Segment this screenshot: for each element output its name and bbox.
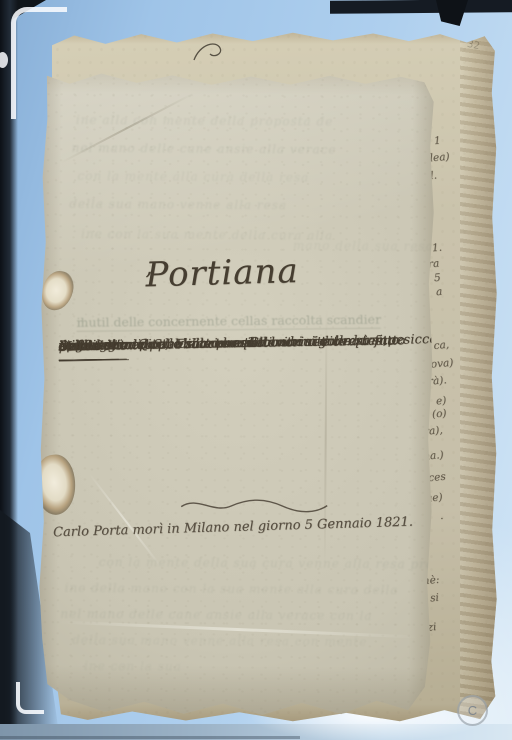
page-fragment-text: a: [435, 286, 442, 299]
bleed-through-line: della sua mano venne alla resa: [69, 197, 287, 213]
flourish-swash: [179, 498, 329, 515]
bleed-through-line: con la mente della sua cura venne alla r…: [99, 555, 463, 572]
page-fragment-text: 1: [433, 135, 441, 148]
page-fragment-text: 1.: [431, 242, 442, 255]
date-line: Carlo Porta morì in Milano nel giorno 5 …: [53, 515, 413, 541]
bleed-through-line: della sua mano venne alla resa con mente: [72, 633, 367, 649]
clipboard-corner-bottom-left: [16, 682, 44, 714]
table-edge-line: [0, 736, 300, 739]
photo-border-notch: [436, 0, 468, 26]
paper-crease: [88, 472, 163, 568]
photo-border-top-right: [330, 0, 512, 14]
bleed-through-line: con la mente alla cura della resa: [77, 169, 309, 185]
ink-curl-mark: [190, 38, 230, 64]
page-fragment-text: (o): [432, 407, 448, 420]
manuscript-photo: 32 1ollea)àl.1.ra5ae) ca,uova)rà).e)(o)r…: [0, 0, 512, 740]
paper-tear: [32, 452, 80, 517]
copyright-watermark-icon: C: [457, 695, 488, 726]
page-fragment-text: e): [435, 395, 446, 408]
bleed-through-line: ine alla con mente della proposta de: [76, 113, 334, 129]
bleed-through-line: ine della mano con la sua mente alla cur…: [65, 581, 399, 597]
bleed-through-line: ine con la sua: [84, 659, 182, 674]
bleed-through-line: mano della sua resa: [293, 238, 434, 253]
pencil-corner-mark: 32: [466, 39, 481, 52]
page-fragment-text: .: [439, 510, 443, 522]
page-fragment-text: 5: [433, 272, 441, 285]
manuscript-page: ine alla con mente della proposta denel …: [38, 67, 437, 720]
bleed-through-line: nel mano delle cane ansie alla verace: [72, 141, 337, 157]
paper-tear: [39, 268, 77, 314]
bleed-through-line: nel mano delle cane ansie alla verace co…: [60, 607, 372, 623]
